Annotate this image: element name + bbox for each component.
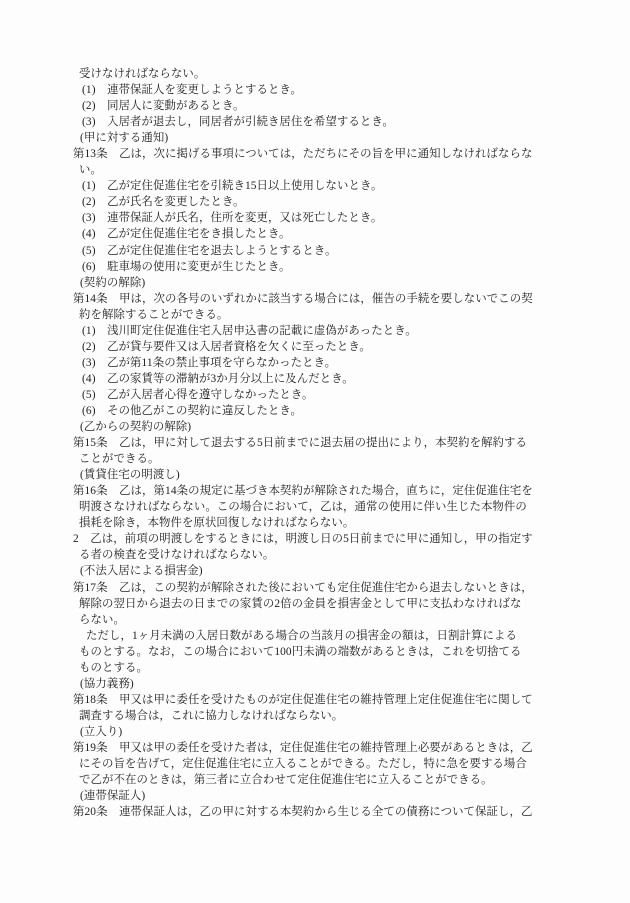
section-heading: (賃貸住宅の明渡し): [73, 467, 565, 483]
article-continuation-line: らない。: [73, 612, 565, 628]
section-heading: (乙からの契約の解除): [73, 419, 565, 435]
article-continuation-line: にその旨を告げて，定住促進住宅に立入ることができる。ただし，特に急を要する場合: [73, 756, 565, 772]
enumerated-item: (5) 乙が定住促進住宅を退去しようとするとき。: [73, 243, 565, 259]
enumerated-item: (4) 乙が定住促進住宅をき損したとき。: [73, 226, 565, 242]
enumerated-item: (6) その他乙がこの契約に違反したとき。: [73, 403, 565, 419]
article-continuation-line: 解除の翌日から退去の日までの家賃の2倍の金員を損害金として甲に支払わなければな: [73, 596, 565, 612]
article-continuation-line: ものとする。なお，この場合において100円未満の端数があるときは，これを切捨てる: [73, 644, 565, 660]
article-line: 第18条 甲又は甲に委任を受けたものが定住促進住宅の維持管理上定住促進住宅に関し…: [73, 692, 565, 708]
enumerated-item: (3) 入居者が退去し，同居者が引続き居住を希望するとき。: [73, 114, 565, 130]
enumerated-item: (1) 乙が定住促進住宅を引続き15日以上使用しないとき。: [73, 178, 565, 194]
section-heading: (連帯保証人): [73, 788, 565, 804]
article-continuation-line: い。: [73, 162, 565, 178]
enumerated-item: (6) 駐車場の使用に変更が生じたとき。: [73, 259, 565, 275]
section-heading: (不法入居による損害金): [73, 563, 565, 579]
article-continuation-line: 調査する場合は，これに協力しなければならない。: [73, 708, 565, 724]
section-heading: (甲に対する通知): [73, 130, 565, 146]
article-line: 第15条 乙は，甲に対して退去する5日前までに退去届の提出により，本契約を解約す…: [73, 435, 565, 451]
article-line: 第19条 甲又は甲の委任を受けた者は，定住促進住宅の維持管理上必要があるときは，…: [73, 740, 565, 756]
section-heading: (契約の解除): [73, 275, 565, 291]
article-continuation-line: 受けなければならない。: [73, 66, 565, 82]
proviso-line: ただし，1ヶ月未満の入居日数がある場合の当該月の損害金の額は，日割計算による: [73, 628, 565, 644]
enumerated-item: (4) 乙の家賃等の滞納が3か月分以上に及んだとき。: [73, 371, 565, 387]
article-continuation-line: 損耗を除き，本物件を原状回復しなければならない。: [73, 515, 565, 531]
section-heading: (協力義務): [73, 676, 565, 692]
article-line: 第13条 乙は，次に掲げる事項については，ただちにその旨を甲に通知しなければなら…: [73, 146, 565, 162]
document-page: 受けなければならない。 (1) 連帯保証人を変更しようとするとき。 (2) 同居…: [0, 0, 630, 903]
contract-text-block: 受けなければならない。 (1) 連帯保証人を変更しようとするとき。 (2) 同居…: [73, 66, 565, 820]
enumerated-item: (1) 連帯保証人を変更しようとするとき。: [73, 82, 565, 98]
article-line: 第17条 乙は，この契約が解除された後においても定住促進住宅から退去しないときは…: [73, 580, 565, 596]
enumerated-item: (5) 乙が入居者心得を遵守しなかったとき。: [73, 387, 565, 403]
enumerated-item: (1) 浅川町定住促進住宅入居申込書の記載に虚偽があったとき。: [73, 323, 565, 339]
enumerated-item: (3) 連帯保証人が氏名，住所を変更，又は死亡したとき。: [73, 210, 565, 226]
section-heading: (立入り): [73, 724, 565, 740]
article-line: 第14条 甲は，次の各号のいずれかに該当する場合には，催告の手続を要しないでこの…: [73, 291, 565, 307]
article-line: 第16条 乙は，第14条の規定に基づき本契約が解除された場合，直ちに，定住促進住…: [73, 483, 565, 499]
article-continuation-line: ことができる。: [73, 451, 565, 467]
article-continuation-line: る者の検査を受けなければならない。: [73, 547, 565, 563]
paragraph-2-line: 2 乙は，前項の明渡しをするときには，明渡し日の5日前までに甲に通知し，甲の指定…: [73, 531, 565, 547]
enumerated-item: (2) 同居人に変動があるとき。: [73, 98, 565, 114]
article-continuation-line: 明渡さなければならない。この場合において，乙は，通常の使用に伴い生じた本物件の: [73, 499, 565, 515]
article-continuation-line: ものとする。: [73, 660, 565, 676]
enumerated-item: (2) 乙が氏名を変更したとき。: [73, 194, 565, 210]
enumerated-item: (2) 乙が貸与要件又は入居者資格を欠くに至ったとき。: [73, 339, 565, 355]
article-continuation-line: で乙が不在のときは，第三者に立合わせて定住促進住宅に立入ることができる。: [73, 772, 565, 788]
article-line: 第20条 連帯保証人は，乙の甲に対する本契約から生じる全ての債務について保証し，…: [73, 804, 565, 820]
article-continuation-line: 約を解除することができる。: [73, 307, 565, 323]
enumerated-item: (3) 乙が第11条の禁止事項を守らなかったとき。: [73, 355, 565, 371]
